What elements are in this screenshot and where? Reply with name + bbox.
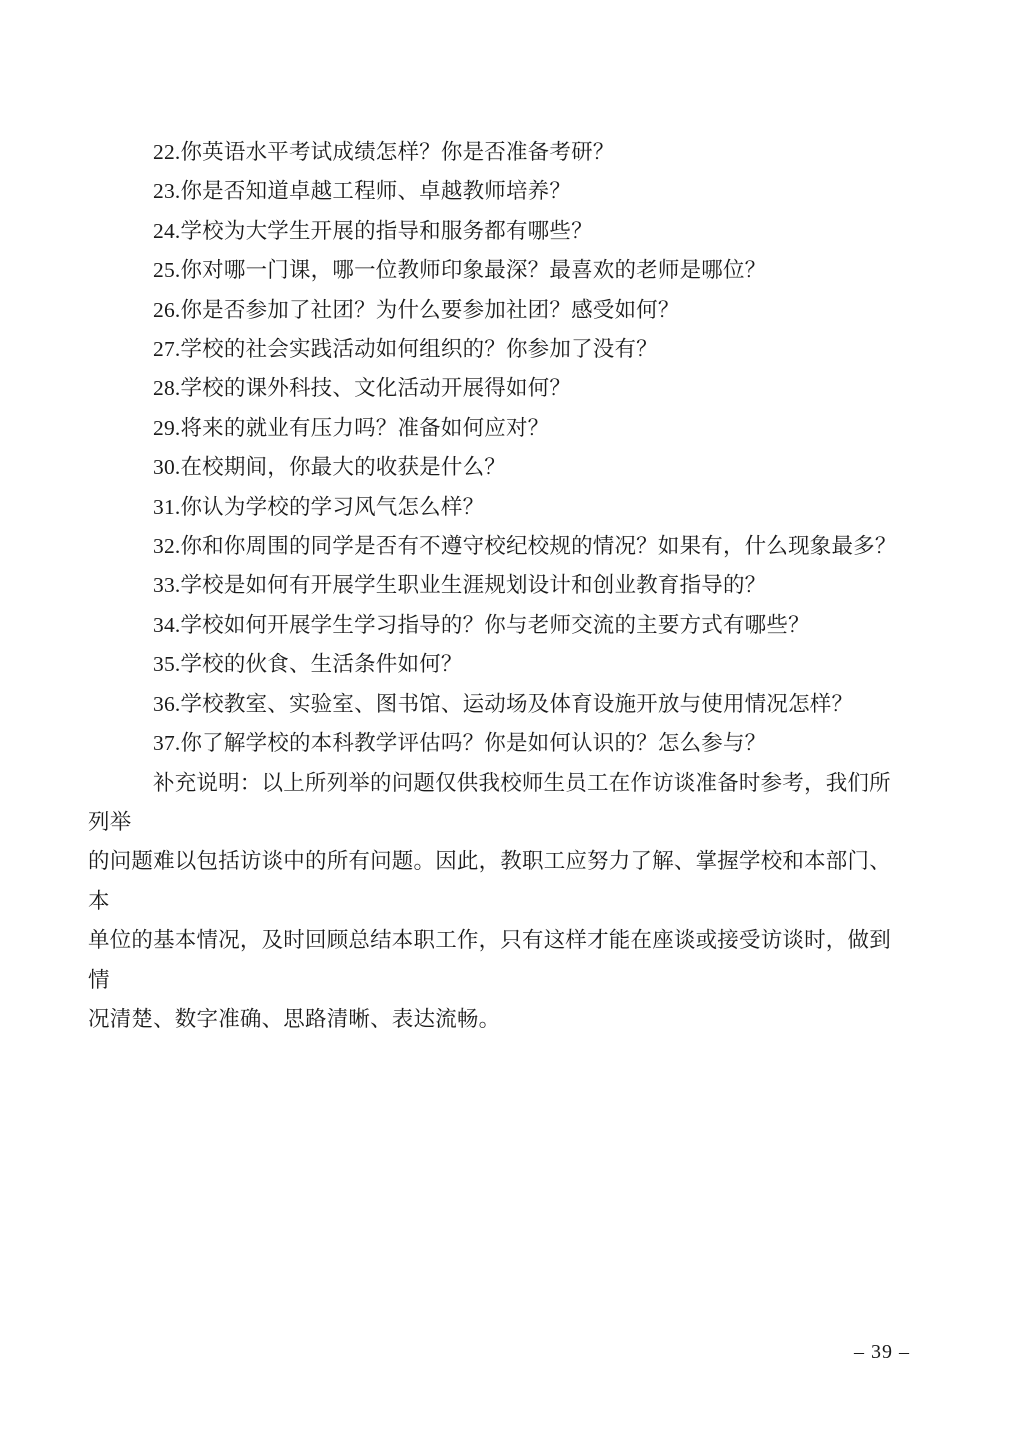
- question-line-37: 37.你了解学校的本科教学评估吗？你是如何认识的？怎么参与？: [88, 724, 912, 763]
- question-line-23: 23.你是否知道卓越工程师、卓越教师培养？: [88, 172, 912, 211]
- supplementary-note: 补充说明：以上所列举的问题仅供我校师生员工在作访谈准备时参考，我们所列举 的问题…: [88, 764, 912, 1040]
- question-line-36: 36.学校教室、实验室、图书馆、运动场及体育设施开放与使用情况怎样？: [88, 685, 912, 724]
- question-line-24: 24.学校为大学生开展的指导和服务都有哪些？: [88, 212, 912, 251]
- question-line-25: 25.你对哪一门课，哪一位教师印象最深？最喜欢的老师是哪位？: [88, 251, 912, 290]
- question-line-31: 31.你认为学校的学习风气怎么样？: [88, 488, 912, 527]
- note-line-4: 况清楚、数字准确、思路清晰、表达流畅。: [88, 1000, 912, 1039]
- question-line-30: 30.在校期间，你最大的收获是什么？: [88, 448, 912, 487]
- question-line-34: 34.学校如何开展学生学习指导的？你与老师交流的主要方式有哪些？: [88, 606, 912, 645]
- note-line-1: 补充说明：以上所列举的问题仅供我校师生员工在作访谈准备时参考，我们所列举: [88, 764, 912, 843]
- question-line-29: 29.将来的就业有压力吗？准备如何应对？: [88, 409, 912, 448]
- question-line-33: 33.学校是如何有开展学生职业生涯规划设计和创业教育指导的？: [88, 566, 912, 605]
- note-line-3: 单位的基本情况，及时回顾总结本职工作，只有这样才能在座谈或接受访谈时，做到情: [88, 921, 912, 1000]
- page-number: – 39 –: [854, 1339, 910, 1365]
- document-page: 22.你英语水平考试成绩怎样？你是否准备考研？ 23.你是否知道卓越工程师、卓越…: [0, 0, 1024, 1447]
- question-line-32: 32.你和你周围的同学是否有不遵守校纪校规的情况？如果有，什么现象最多？: [88, 527, 912, 566]
- question-line-22: 22.你英语水平考试成绩怎样？你是否准备考研？: [88, 133, 912, 172]
- question-line-27: 27.学校的社会实践活动如何组织的？你参加了没有？: [88, 330, 912, 369]
- note-line-2: 的问题难以包括访谈中的所有问题。因此，教职工应努力了解、掌握学校和本部门、本: [88, 842, 912, 921]
- question-line-28: 28.学校的课外科技、文化活动开展得如何？: [88, 369, 912, 408]
- document-content: 22.你英语水平考试成绩怎样？你是否准备考研？ 23.你是否知道卓越工程师、卓越…: [88, 133, 912, 1039]
- question-line-35: 35.学校的伙食、生活条件如何？: [88, 645, 912, 684]
- question-line-26: 26.你是否参加了社团？为什么要参加社团？感受如何？: [88, 291, 912, 330]
